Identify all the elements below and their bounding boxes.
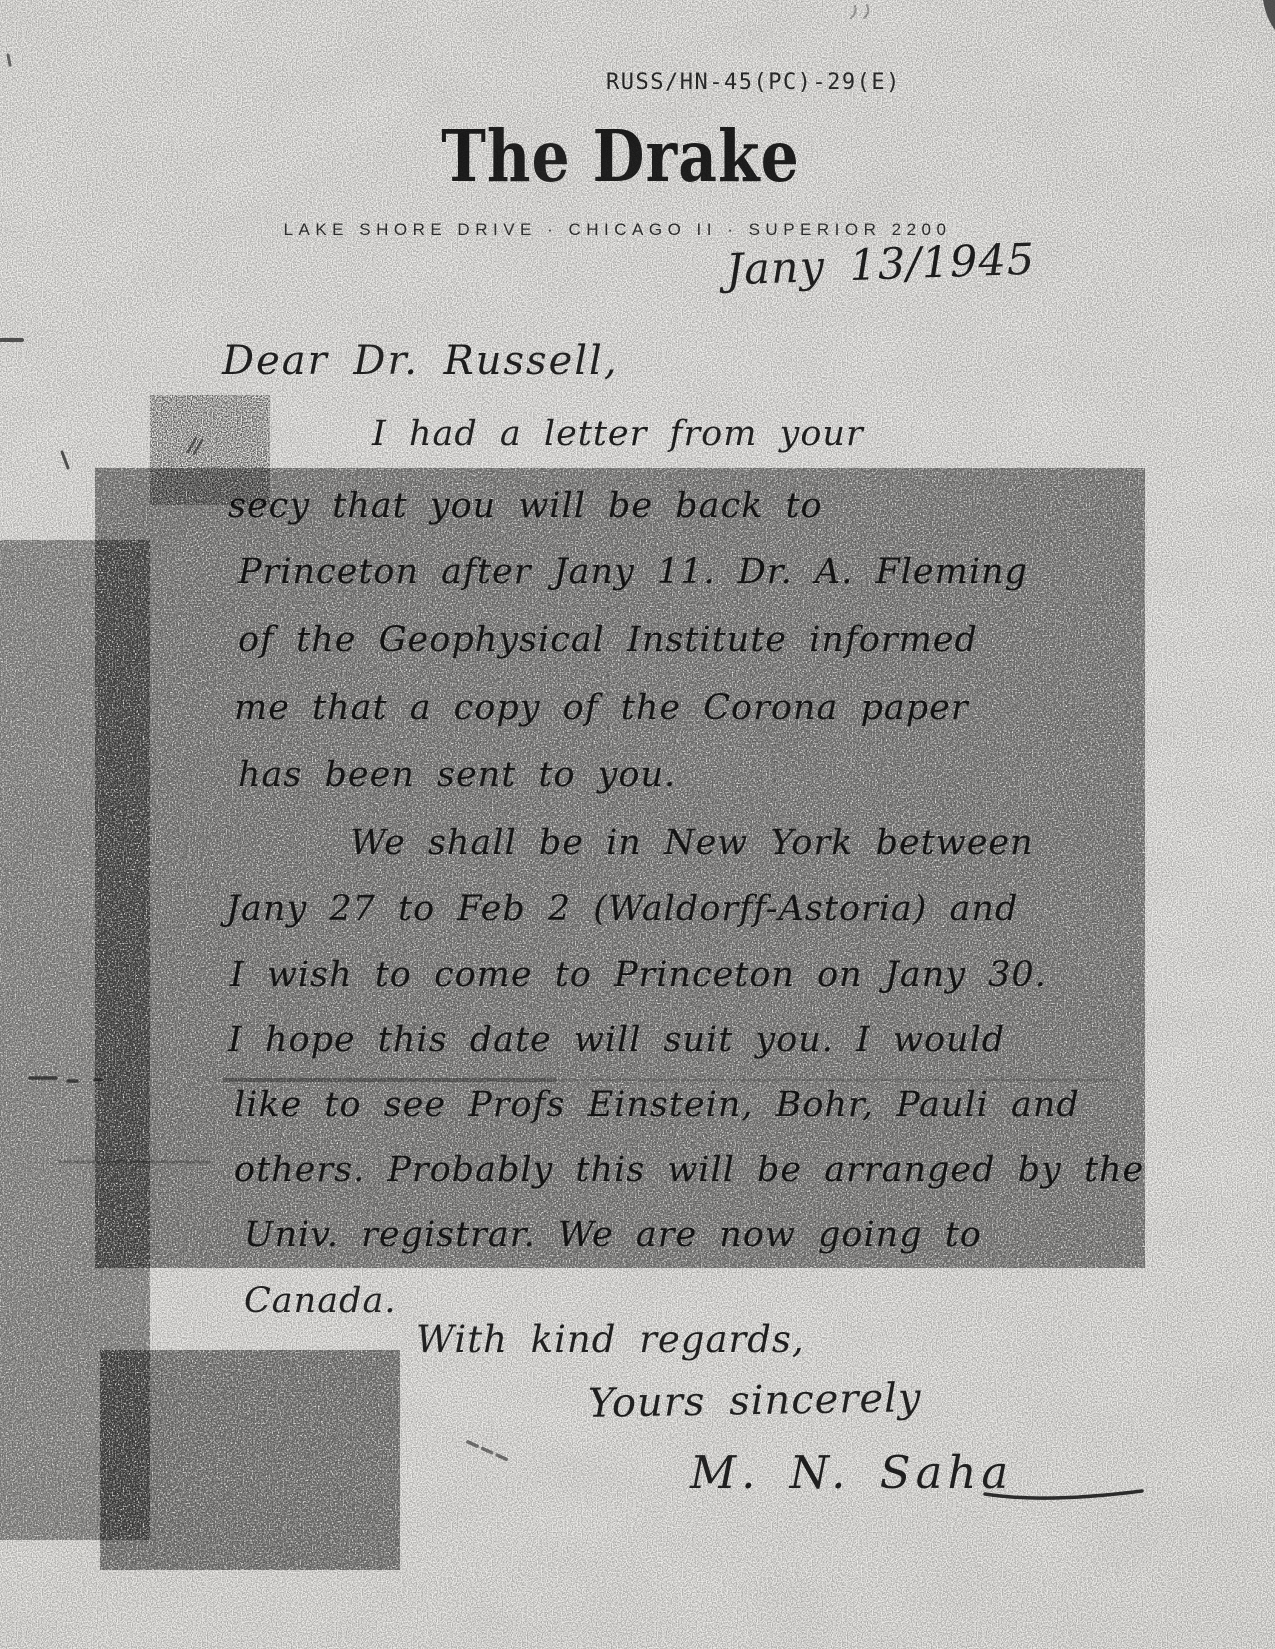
closing-line: With kind regards,	[416, 1318, 805, 1361]
body-line: I had a letter from your	[372, 414, 864, 454]
signoff-line: Yours sincerely	[588, 1375, 922, 1427]
scanned-letter-page: RUSS/HN-45(PC)-29(E) The Drake LAKE SHOR…	[0, 0, 1275, 1649]
body-line: of the Geophysical Institute informed	[238, 620, 978, 660]
body-line: others. Probably this will be arranged b…	[234, 1150, 1144, 1190]
body-line: has been sent to you.	[238, 755, 676, 795]
body-line: like to see Profs Einstein, Bohr, Pauli …	[234, 1085, 1080, 1125]
salutation: Dear Dr. Russell,	[222, 338, 619, 384]
body-line: I hope this date will suit you. I would	[228, 1020, 1005, 1060]
hotel-name: The Drake	[0, 116, 1241, 199]
body-line: me that a copy of the Corona paper	[234, 688, 969, 728]
signature: M. N. Saha	[690, 1446, 1013, 1499]
body-line: I wish to come to Princeton on Jany 30.	[230, 955, 1047, 995]
body-line: We shall be in New York between	[350, 823, 1034, 863]
body-line: Univ. registrar. We are now going to	[244, 1215, 982, 1255]
body-line: Canada.	[244, 1281, 396, 1321]
body-line: secy that you will be back to	[228, 486, 823, 526]
reference-number: RUSS/HN-45(PC)-29(E)	[606, 70, 901, 95]
hotel-address: LAKE SHORE DRIVE · CHICAGO II · SUPERIOR…	[0, 220, 1235, 240]
body-line: Jany 27 to Feb 2 (Waldorff-Astoria) and	[226, 889, 1018, 929]
letter-date: Jany 13/1945	[725, 235, 1036, 296]
body-line: Princeton after Jany 11. Dr. A. Fleming	[238, 552, 1028, 592]
